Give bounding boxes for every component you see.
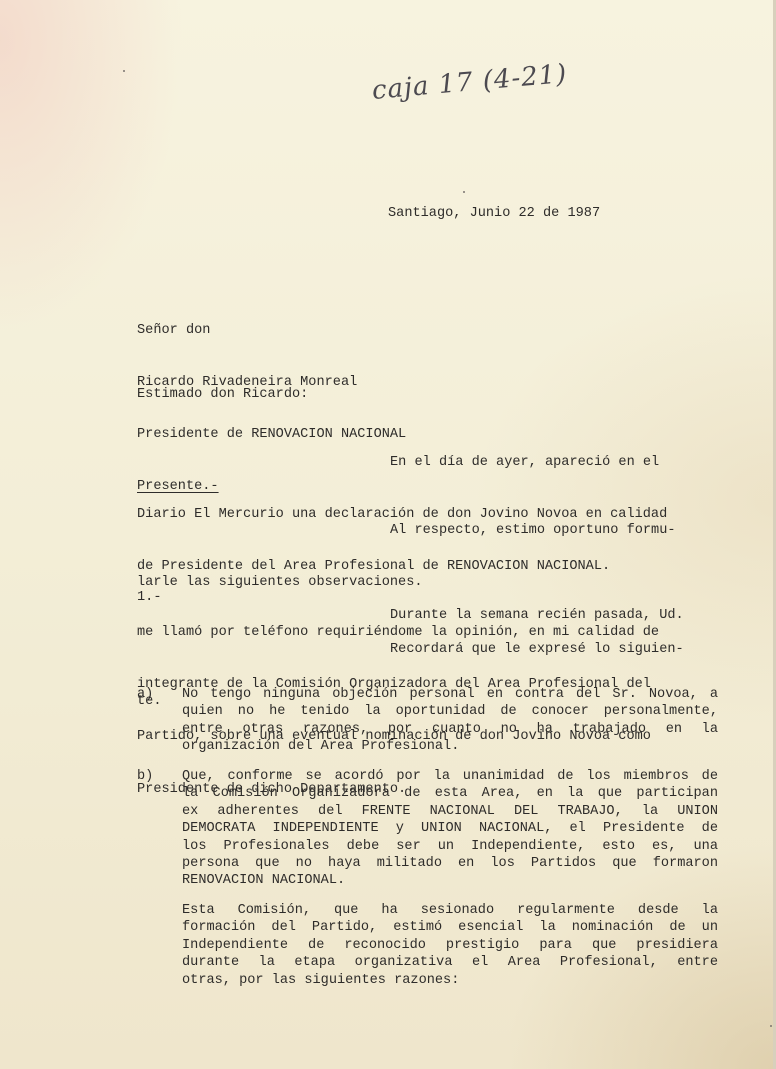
section-1-number: 1.- <box>137 589 161 606</box>
item-a-line: organización del Area Profesional. <box>182 738 718 755</box>
paragraph-1-line: En el día de ayer, apareció en el <box>137 454 667 471</box>
paragraph-4-line: Esta Comisión, que ha sesionado regularm… <box>182 902 718 919</box>
date-line: Santiago, Junio 22 de 1987 <box>388 205 600 222</box>
paper-speck <box>123 70 125 72</box>
paragraph-4-line: otras, por las siguientes razones: <box>182 972 718 989</box>
scanned-letter-page: caja 17 (4-21) Santiago, Junio 22 de 198… <box>0 0 776 1069</box>
paragraph-3-line: Recordará que le expresé lo siguien- <box>137 641 684 658</box>
item-a-line: No tengo ninguna objeción personal en co… <box>182 686 718 703</box>
paragraph-4-line: Independiente de reconocido prestigio pa… <box>182 937 718 954</box>
item-a-line: entre otras razones, por cuanto no ha tr… <box>182 721 718 738</box>
greeting: Estimado don Ricardo: <box>137 386 308 403</box>
paper-speck <box>770 1025 772 1027</box>
item-b-body: Que, conforme se acordó por la unanimida… <box>182 768 718 890</box>
handwritten-archive-note: caja 17 (4-21) <box>371 59 569 106</box>
item-a-body: No tengo ninguna objeción personal en co… <box>182 686 718 756</box>
paragraph-4-line: formación del Partido, estimó esencial l… <box>182 919 718 936</box>
item-a-label: a) <box>137 686 153 703</box>
item-b-line: RENOVACION NACIONAL. <box>182 872 718 889</box>
item-b-line: Que, conforme se acordó por la unanimida… <box>182 768 718 785</box>
item-b-line: ex adherentes del FRENTE NACIONAL DEL TR… <box>182 803 718 820</box>
paragraph-4-line: durante la etapa organizativa el Area Pr… <box>182 954 718 971</box>
item-b-line: persona que no haya militado en los Part… <box>182 855 718 872</box>
paper-speck <box>463 191 465 193</box>
item-b-line: DEMOCRATA INDEPENDIENTE y UNION NACIONAL… <box>182 820 718 837</box>
item-b-line: los Profesionales debe ser un Independie… <box>182 838 718 855</box>
addressee-salutation: Señor don <box>137 322 406 339</box>
item-b-label: b) <box>137 768 153 785</box>
paragraph-4: Esta Comisión, que ha sesionado regularm… <box>182 902 718 989</box>
item-a-line: quien no he tenido la oportunidad de con… <box>182 703 718 720</box>
item-b-line: la Comisión Organizadora de esta Area, e… <box>182 785 718 802</box>
